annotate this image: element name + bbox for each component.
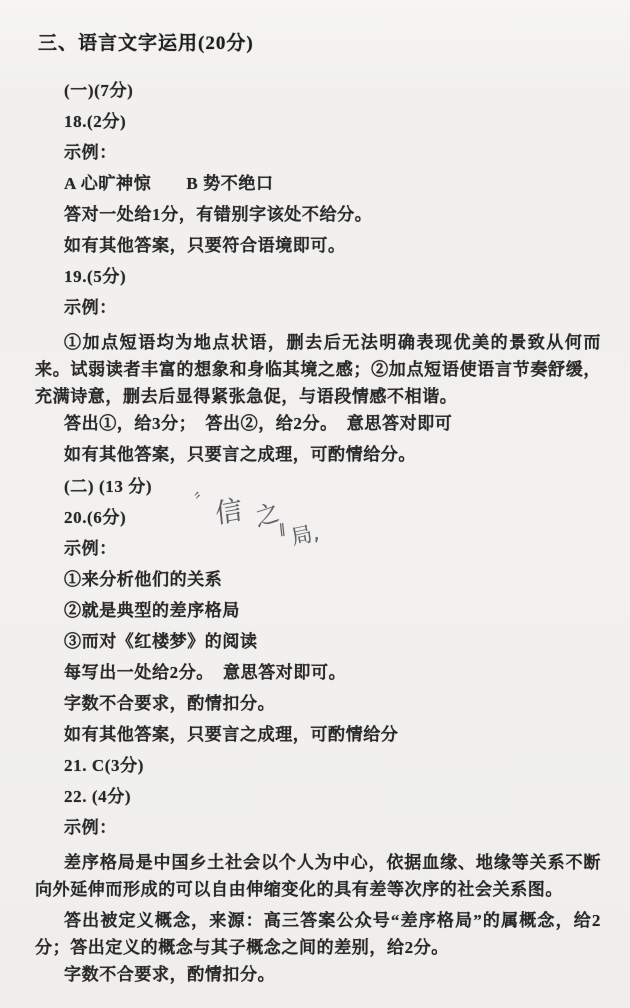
text-line: ①来分析他们的关系 bbox=[64, 570, 604, 590]
text-line: 如有其他答案，只要言之成理，可酌情给分 bbox=[64, 725, 604, 745]
text-line: 答对一处给1分，有错别字该处不给分。 bbox=[64, 205, 604, 225]
text-line: (一)(7分) bbox=[64, 81, 604, 101]
text-line: 22. (4分) bbox=[64, 787, 604, 807]
text-line: (二) (13 分) bbox=[64, 477, 604, 497]
text-line: 19.(5分) bbox=[64, 267, 604, 287]
text-line: 如有其他答案，只要言之成理，可酌情给分。 bbox=[64, 445, 604, 465]
answer-sheet-page: 三、语言文字运用(20分) (一)(7分)18.(2分)示例：A 心旷神惊 B … bbox=[0, 0, 630, 1008]
text-line: 示例： bbox=[64, 298, 604, 318]
text-line: 21. C(3分) bbox=[64, 756, 604, 776]
text-line: 答出被定义概念，来源：高三答案公众号“差序格局”的属概念，给2分；答出定义的概念… bbox=[35, 907, 601, 961]
text-line: ①加点短语均为地点状语，删去后无法明确表现优美的景致从何而来。试弱读者丰富的想象… bbox=[35, 329, 601, 410]
section-heading: 三、语言文字运用(20分) bbox=[38, 28, 604, 55]
text-line: 字数不合要求，酌情扣分。 bbox=[64, 694, 604, 714]
text-line: 如有其他答案，只要符合语境即可。 bbox=[64, 236, 604, 256]
document-body: 三、语言文字运用(20分) (一)(7分)18.(2分)示例：A 心旷神惊 B … bbox=[0, 28, 630, 996]
text-line: 差序格局是中国乡土社会以个人为中心，依据血缘、地缘等关系不断向外延伸而形成的可以… bbox=[35, 849, 601, 903]
text-line: 答出①，给3分； 答出②，给2分。 意思答对即可 bbox=[64, 414, 604, 434]
text-line: 20.(6分) bbox=[64, 508, 604, 528]
text-line: 示例： bbox=[64, 818, 604, 838]
text-line: 18.(2分) bbox=[64, 112, 604, 132]
text-line: 字数不合要求，酌情扣分。 bbox=[64, 965, 604, 985]
text-line: 示例： bbox=[64, 143, 604, 163]
text-line: 每写出一处给2分。 意思答对即可。 bbox=[64, 663, 604, 683]
text-line: ③而对《红楼梦》的阅读 bbox=[64, 632, 604, 652]
text-line: ②就是典型的差序格局 bbox=[64, 601, 604, 621]
text-line: 示例： bbox=[64, 539, 604, 559]
text-line: A 心旷神惊 B 势不绝口 bbox=[64, 174, 604, 194]
